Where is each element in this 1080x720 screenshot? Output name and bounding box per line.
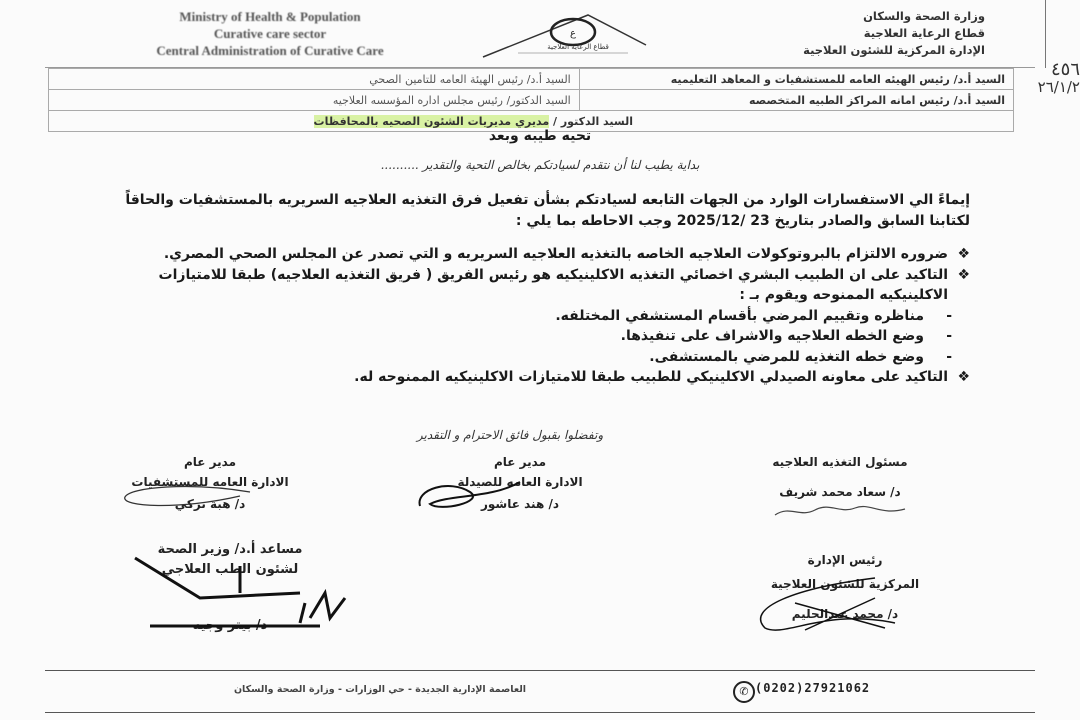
signatory-title: مدير عام bbox=[90, 452, 330, 472]
logo-caption: قطاع الرعاية العلاجية bbox=[518, 43, 638, 51]
svg-text:ع: ع bbox=[570, 28, 576, 39]
footer-address: العاصمة الإدارية الجديدة - حي الوزارات -… bbox=[200, 684, 560, 695]
addressee-cell: السيد أ.د/ رئيس امانه المراكز الطبيه الم… bbox=[579, 90, 1013, 111]
footer-rule-bottom bbox=[45, 712, 1035, 713]
reference-number: ٤٥٦ bbox=[1008, 60, 1080, 80]
directive-subitem: -وضع خطه التغذيه للمرضي بالمستشفى. bbox=[100, 347, 970, 368]
reference-date: ٢٦/١/٢ bbox=[1008, 78, 1080, 96]
signature-scribble-icon bbox=[120, 548, 350, 628]
phone-number: (0202)27921062 bbox=[755, 681, 870, 695]
diamond-bullet-icon: ❖ bbox=[957, 265, 970, 286]
ministry-name-ar: وزارة الصحة والسكان bbox=[725, 8, 985, 25]
arabic-letterhead: وزارة الصحة والسكان قطاع الرعاية العلاجي… bbox=[725, 8, 985, 59]
addressee-cell: السيد الدكتور/ رئيس مجلس اداره المؤسسه ا… bbox=[49, 90, 580, 111]
intro-paragraph: إيماءً الي الاستفسارات الوارد من الجهات … bbox=[100, 190, 970, 232]
signatory-title: مدير عام bbox=[410, 452, 630, 472]
header-divider bbox=[1045, 0, 1046, 68]
dash-bullet-icon: - bbox=[946, 306, 952, 327]
administration-name-ar: الإدارة المركزية للشئون العلاجية bbox=[725, 42, 985, 59]
addressee-cell: السيد أ.د/ رئيس الهيئة العامه للتامين ال… bbox=[49, 69, 580, 90]
directive-list: ❖ضروره الالتزام بالبروتوكولات العلاجيه ا… bbox=[100, 244, 970, 388]
signature-hospitals: مدير عام الادارة العامه للمستشفيات د/ هب… bbox=[90, 452, 330, 514]
diamond-bullet-icon: ❖ bbox=[957, 367, 970, 388]
dash-bullet-icon: - bbox=[946, 326, 952, 347]
sector-name-en: Curative care sector bbox=[70, 25, 470, 42]
addressee-prefix: السيد الدكتور / bbox=[549, 115, 633, 128]
signature-pharmacy: مدير عام الادارة العامه للصيدلة د/ هند ع… bbox=[410, 452, 630, 514]
footer-rule-top bbox=[45, 670, 1035, 671]
footer-phone: (0202)27921062 bbox=[755, 681, 870, 695]
highlighted-addressee: مديري مديريات الشئون الصحيه بالمحافظات bbox=[314, 115, 550, 128]
diamond-bullet-icon: ❖ bbox=[957, 244, 970, 265]
signature-scribble-icon bbox=[110, 482, 260, 512]
directive-item: ❖التاكيد على معاونه الصيدلي الاكلينيكي ل… bbox=[100, 367, 970, 388]
directive-item: ❖ضروره الالتزام بالبروتوكولات العلاجيه ا… bbox=[100, 244, 970, 265]
signatory-title: رئيس الإدارة bbox=[715, 550, 975, 570]
logo-triangle-icon: ع bbox=[478, 5, 648, 65]
ministry-logo: ع قطاع الرعاية العلاجية bbox=[478, 5, 648, 65]
handwritten-opening: بداية يطيب لنا أن نتقدم لسيادتكم بخالص ا… bbox=[0, 158, 1080, 172]
signature-nutrition: مسئول التغذيه العلاجيه د/ سعاد محمد شريف bbox=[730, 452, 950, 502]
signature-scribble-icon bbox=[410, 474, 530, 514]
addressee-row: السيد أ.د/ رئيس الهيئه العامه للمستشفيات… bbox=[49, 69, 1014, 90]
directive-subitem: -وضع الخطه العلاجيه والاشراف على تنفيذها… bbox=[100, 326, 970, 347]
dash-bullet-icon: - bbox=[946, 347, 952, 368]
signature-scribble-icon bbox=[735, 568, 915, 638]
directive-item: ❖التاكيد على ان الطبيب البشري اخصائي الت… bbox=[100, 265, 970, 306]
addressee-cell: السيد أ.د/ رئيس الهيئه العامه للمستشفيات… bbox=[579, 69, 1013, 90]
signature-scribble-icon bbox=[770, 500, 910, 522]
ministry-name-en: Ministry of Health & Population bbox=[70, 8, 470, 25]
english-letterhead: Ministry of Health & Population Curative… bbox=[70, 8, 470, 59]
signatory-name: د/ سعاد محمد شريف bbox=[730, 482, 950, 502]
administration-name-en: Central Administration of Curative Care bbox=[70, 42, 470, 59]
addressee-table: السيد أ.د/ رئيس الهيئه العامه للمستشفيات… bbox=[48, 68, 1014, 132]
greeting: تحيه طيبه وبعد bbox=[0, 128, 1080, 144]
signatory-title: مسئول التغذيه العلاجيه bbox=[730, 452, 950, 472]
signature-central-admin-head: رئيس الإدارة المركزية للشئون العلاجية د/… bbox=[715, 550, 975, 624]
phone-icon: ✆ bbox=[733, 681, 755, 703]
addressee-row: السيد أ.د/ رئيس امانه المراكز الطبيه الم… bbox=[49, 90, 1014, 111]
directive-subitem: -مناظره وتقييم المرضي بأقسام المستشفي ال… bbox=[100, 306, 970, 327]
closing-line: وتفضلوا بقبول فائق الاحترام و التقدير bbox=[360, 428, 660, 442]
signature-assistant-minister: مساعد أ.د/ وزير الصحة لشئون الطب العلاجي… bbox=[100, 540, 360, 636]
sector-name-ar: قطاع الرعاية العلاجية bbox=[725, 25, 985, 42]
